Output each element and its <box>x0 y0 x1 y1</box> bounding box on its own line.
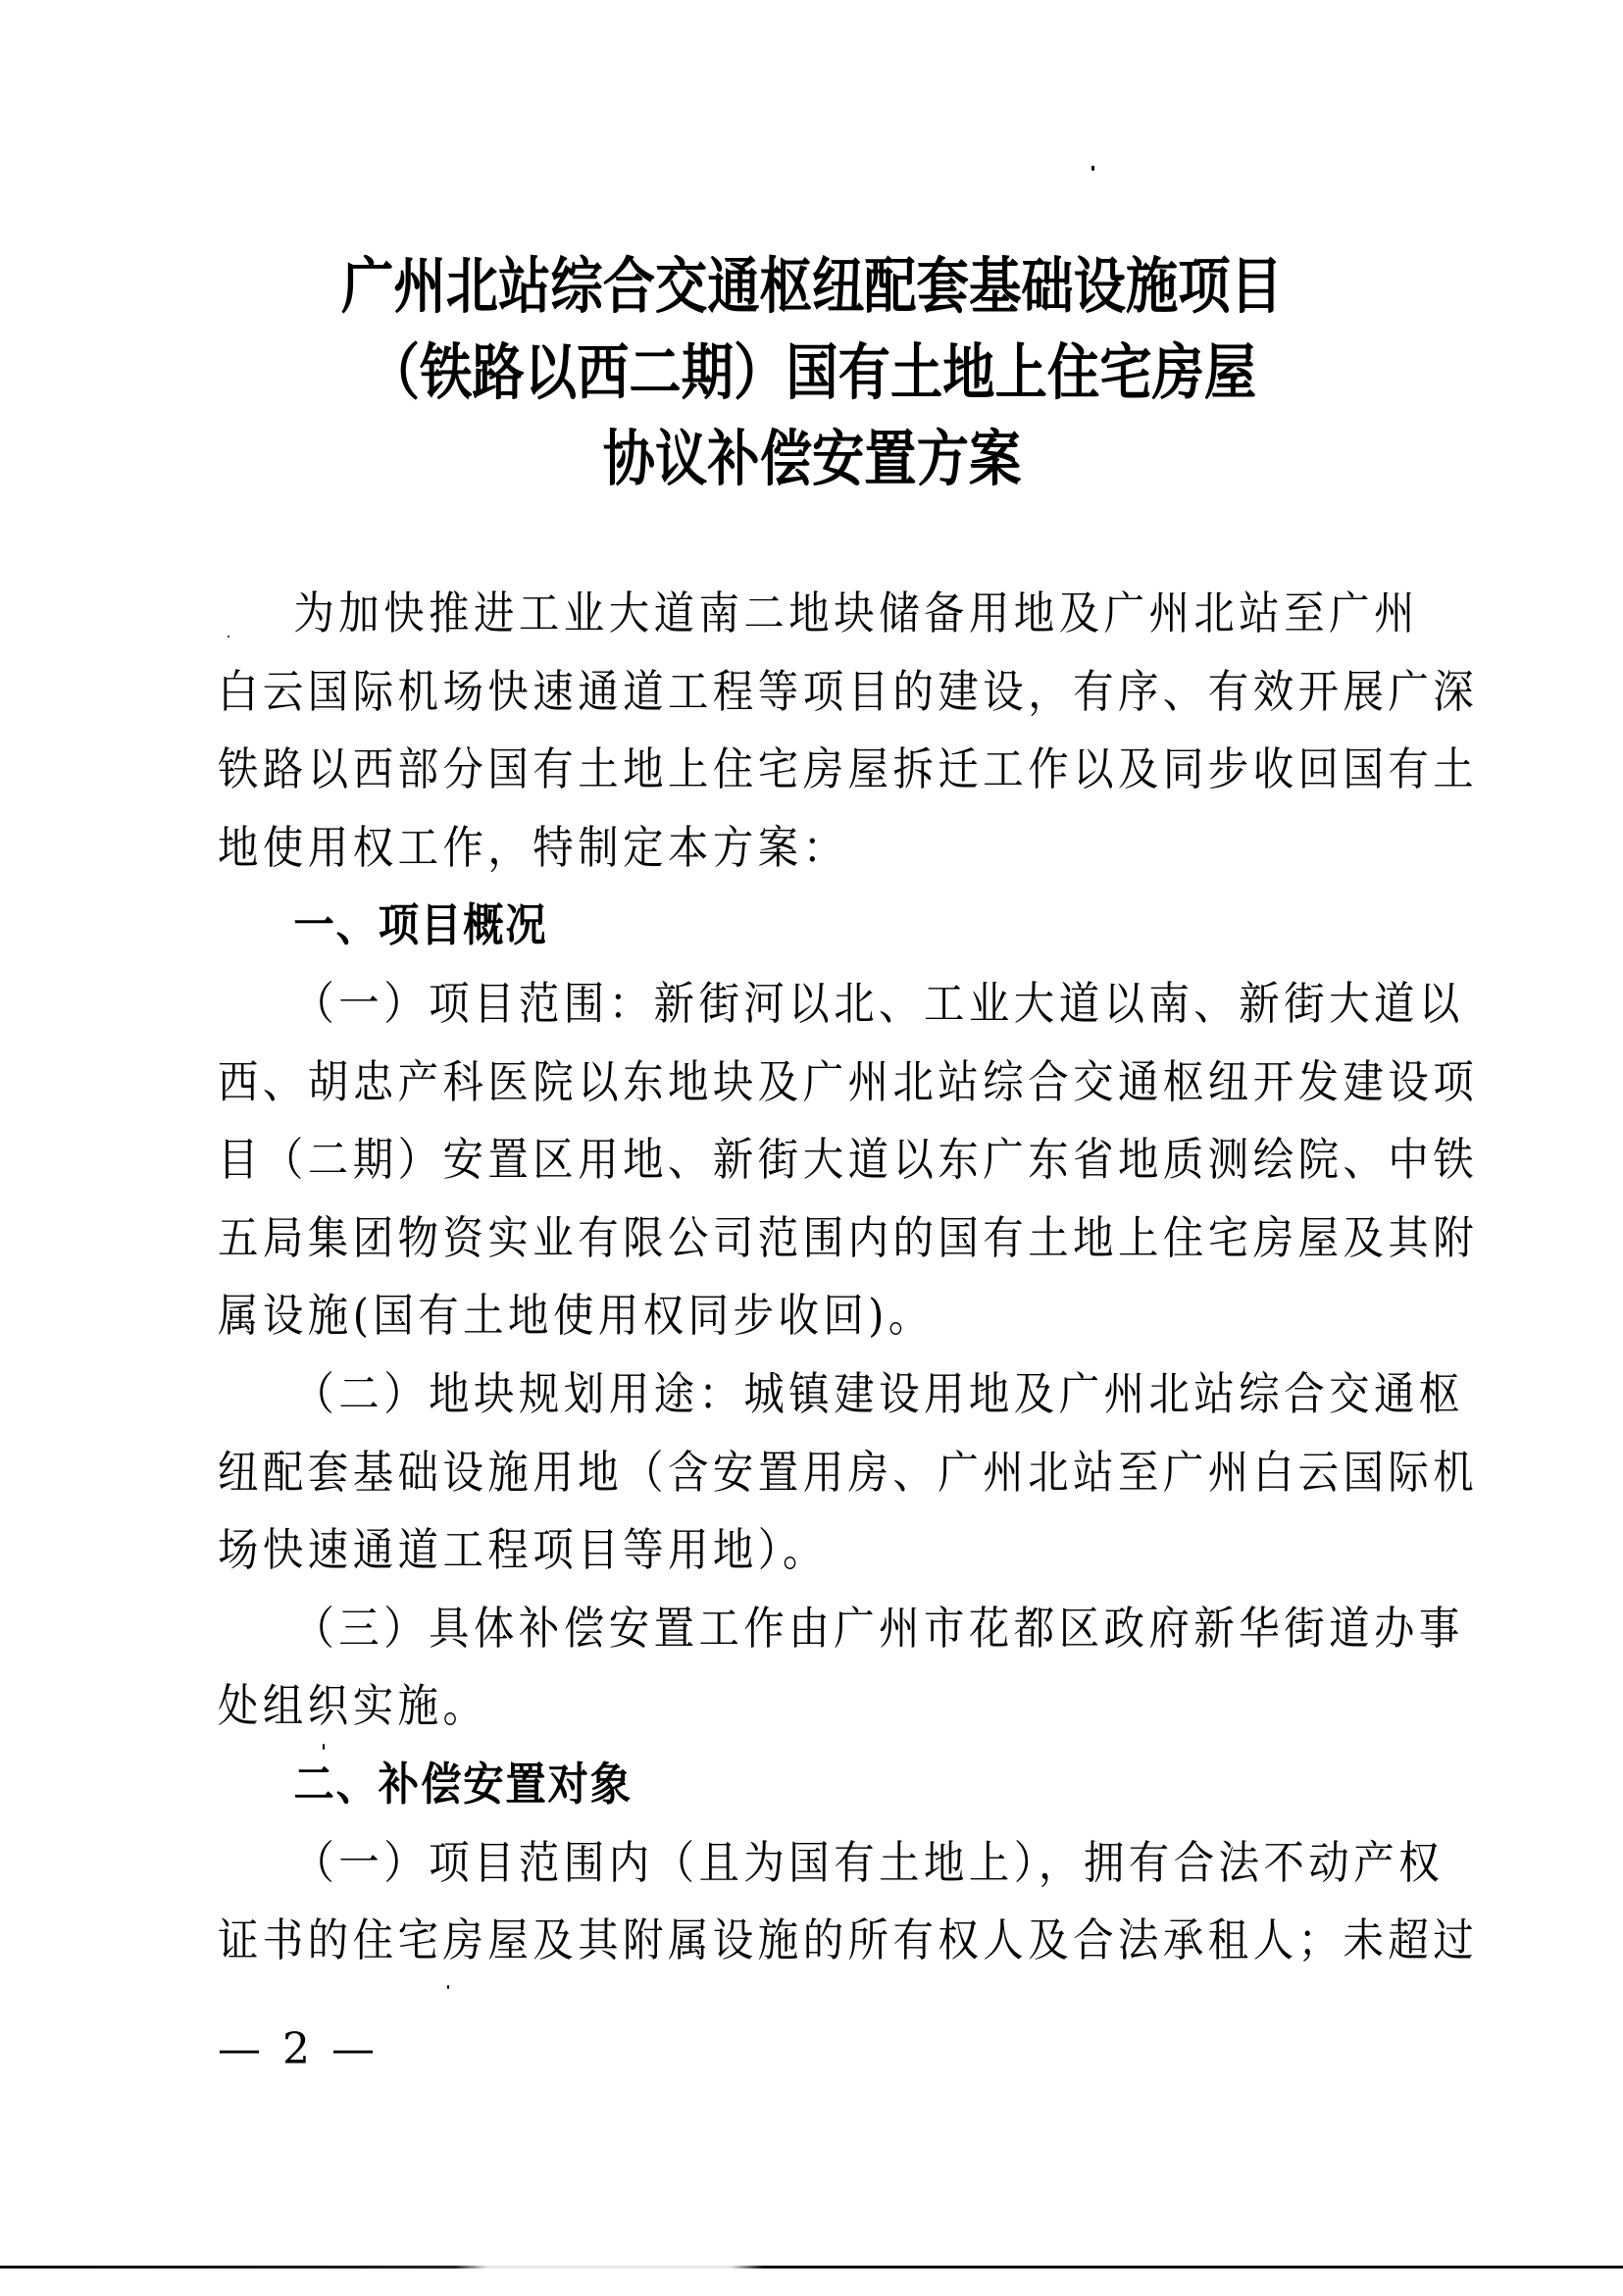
land-use-line: 场快速通道工程项目等用地）。 <box>218 1511 1288 1590</box>
document-body: 为加快推进工业大道南二地块储备用地及广州北站至广州 白云国际机场快速通道工程等项… <box>218 575 1406 1980</box>
implementation-line: （三）具体补偿安置工作由广州市花都区政府新华街道办事 <box>218 1590 1288 1668</box>
title-line-1: 广州北站综合交通枢纽配套基础设施项目 <box>301 243 1323 330</box>
scan-edge-line <box>0 2266 1623 2269</box>
project-scope-line: （一）项目范围：新街河以北、工业大道以南、新街大道以 <box>218 965 1288 1044</box>
compensation-target-line: 证书的住宅房屋及其附属设施的所有权人及合法承租人；未超过 <box>218 1902 1288 1980</box>
intro-paragraph-line: 白云国际机场快速通道工程等项目的建设，有序、有效开展广深 <box>218 653 1288 732</box>
implementation-line: 处组织实施。 <box>218 1667 1288 1746</box>
scan-artifact-dot <box>447 1985 449 1989</box>
title-line-3: 协议补偿安置方案 <box>301 416 1323 502</box>
section-heading-project-overview: 一、项目概况 <box>218 887 1288 965</box>
section-heading-compensation-targets: 二、补偿安置对象 <box>218 1746 1288 1824</box>
land-use-line: 纽配套基础设施用地（含安置用房、广州北站至广州白云国际机 <box>218 1434 1288 1512</box>
page-number: — 2 — <box>218 2020 379 2079</box>
title-line-2: （铁路以西二期）国有土地上住宅房屋 <box>301 330 1323 416</box>
document-title: 广州北站综合交通枢纽配套基础设施项目 （铁路以西二期）国有土地上住宅房屋 协议补… <box>218 243 1406 502</box>
land-use-line: （二）地块规划用途：城镇建设用地及广州北站综合交通枢 <box>218 1355 1288 1434</box>
intro-paragraph-line: 地使用权工作，特制定本方案： <box>218 809 1288 888</box>
compensation-target-line: （一）项目范围内（且为国有土地上），拥有合法不动产权 <box>218 1824 1288 1903</box>
intro-paragraph-line: 为加快推进工业大道南二地块储备用地及广州北站至广州 <box>218 575 1288 653</box>
project-scope-line: 西、胡忠产科医院以东地块及广州北站综合交通枢纽开发建设项 <box>218 1044 1288 1122</box>
project-scope-line: 属设施(国有土地使用权同步收回)。 <box>218 1277 1288 1355</box>
project-scope-line: 五局集团物资实业有限公司范围内的国有土地上住宅房屋及其附 <box>218 1199 1288 1278</box>
project-scope-line: 目（二期）安置区用地、新街大道以东广东省地质测绘院、中铁 <box>218 1121 1288 1199</box>
intro-paragraph-line: 铁路以西部分国有土地上住宅房屋拆迁工作以及同步收回国有土 <box>218 731 1288 809</box>
scan-artifact-dot <box>1091 166 1094 171</box>
document-page: 广州北站综合交通枢纽配套基础设施项目 （铁路以西二期）国有土地上住宅房屋 协议补… <box>0 0 1623 2296</box>
